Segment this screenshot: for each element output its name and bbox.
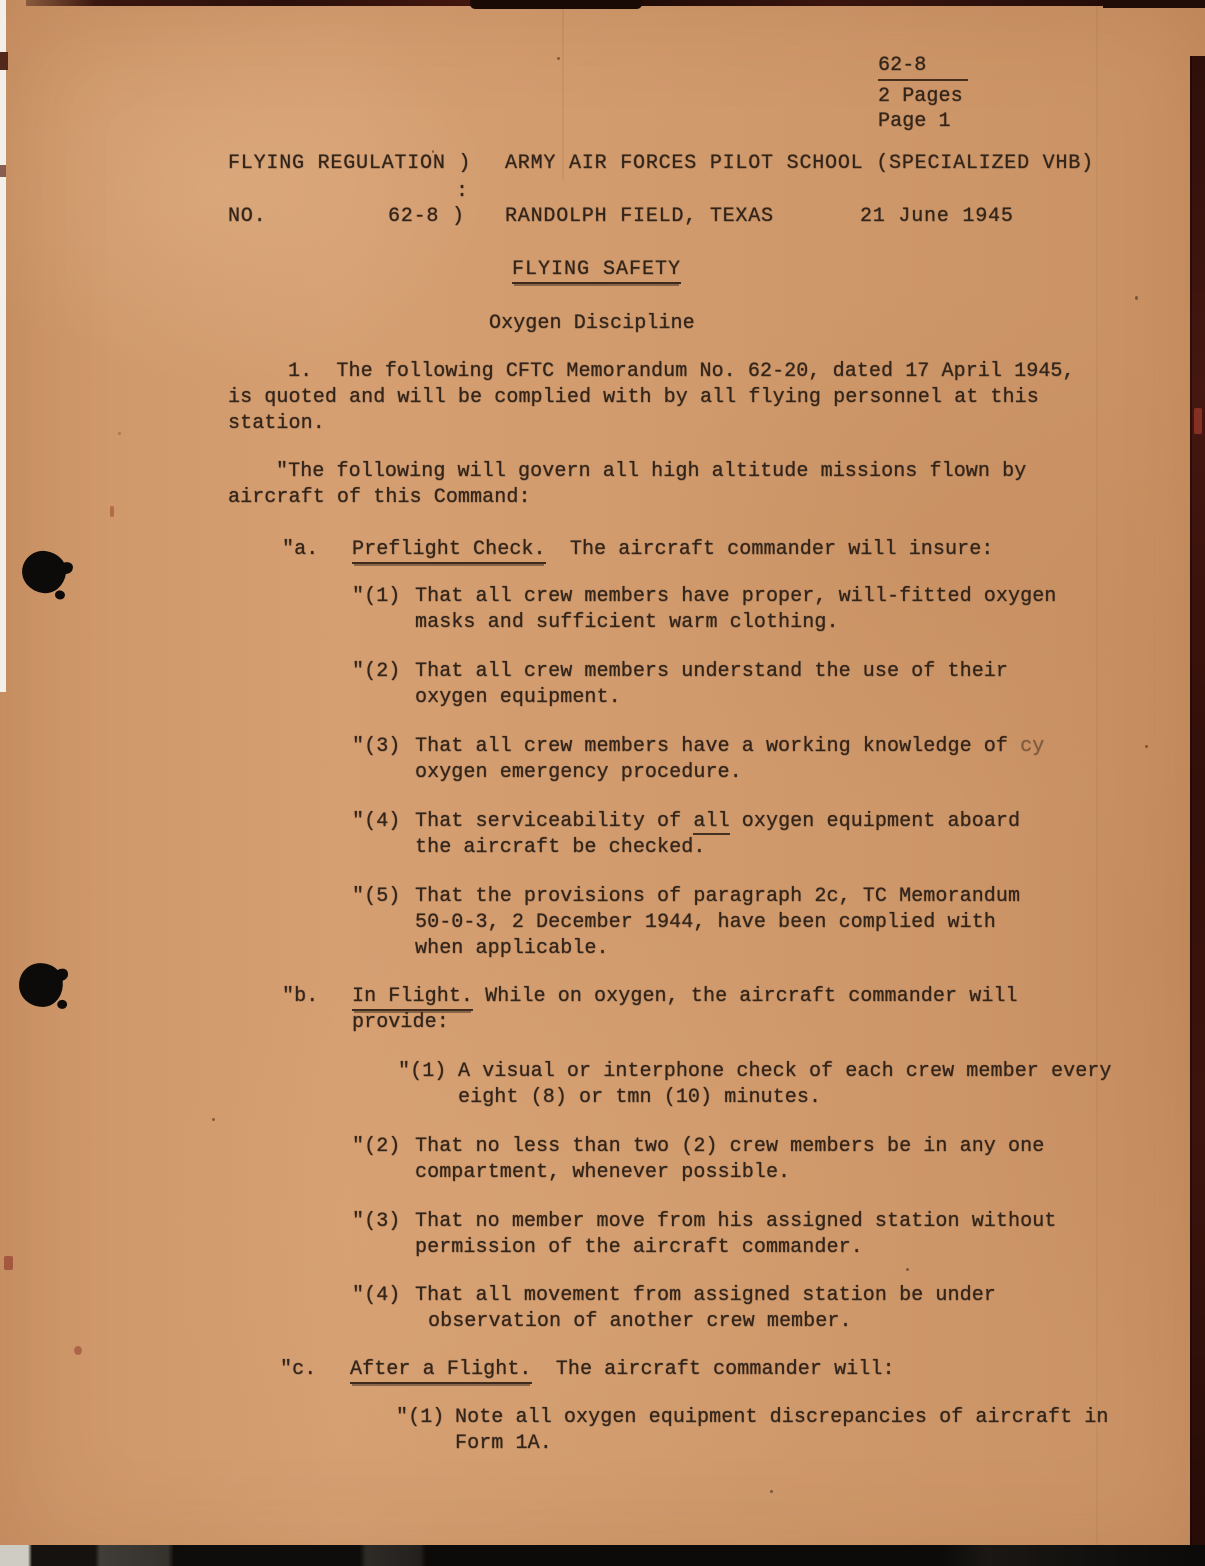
item-c1-line1: Note all oxygen equipment discrepancies … (455, 1406, 1109, 1430)
item-a2-label: "(2) (352, 660, 400, 684)
header-date: 21 June 1945 (860, 205, 1014, 229)
item-b3-line2: permission of the aircraft commander. (415, 1236, 863, 1260)
section-a-heading: Preflight Check. The aircraft commander … (352, 538, 993, 562)
item-b3-label: "(3) (352, 1210, 400, 1234)
paper-speck (1145, 745, 1148, 748)
item-a1-line2: masks and sufficient warm clothing. (415, 611, 839, 635)
corner-page: Page 1 (878, 110, 951, 134)
scan-edge-top-blob (470, 0, 642, 9)
paper-speck (1135, 296, 1138, 300)
item-a4-line2: the aircraft be checked. (415, 836, 705, 860)
section-a-head-text: Preflight Check. (352, 538, 546, 564)
paper-crease (1096, 0, 1098, 1566)
section-b-heading: In Flight. While on oxygen, the aircraft… (352, 985, 1018, 1009)
corner-pages: 2 Pages (878, 85, 963, 109)
paper-speck (118, 432, 121, 435)
item-a3-label: "(3) (352, 735, 400, 759)
item-b3-line1: That no member move from his assigned st… (415, 1210, 1056, 1234)
section-c-rest-text: The aircraft commander will: (532, 1358, 895, 1381)
doc-subtitle: Oxygen Discipline (489, 312, 695, 336)
para2-line2: aircraft of this Command: (228, 486, 531, 510)
header-no-value: 62-8 ) (388, 205, 465, 229)
section-b-label: "b. (282, 985, 318, 1009)
item-a1-label: "(1) (352, 585, 400, 609)
item-a3-line1-faint-text: cy (1008, 735, 1044, 758)
item-a5-line3: when applicable. (415, 937, 609, 961)
item-a4-line1-pre: That serviceability of (415, 810, 693, 833)
paper-speck (212, 1118, 215, 1121)
item-a5-line1: That the provisions of paragraph 2c, TC … (415, 885, 1020, 909)
scan-edge-bottom (0, 1545, 1205, 1566)
section-c-heading: After a Flight. The aircraft commander w… (350, 1358, 895, 1382)
ink-mark (74, 1346, 82, 1355)
ink-mark (4, 1256, 13, 1270)
header-no-label: NO. (228, 205, 266, 229)
para1-line3: station. (228, 412, 325, 436)
item-a4-underlined-word: all (693, 810, 729, 835)
section-c-head-text: After a Flight. (350, 1358, 532, 1384)
section-b-line2: provide: (352, 1011, 449, 1035)
item-a5-line2: 50-0-3, 2 December 1944, have been compl… (415, 911, 996, 935)
doc-number-text: 62-8 (878, 54, 968, 81)
item-b4-line2: observation of another crew member. (428, 1310, 852, 1334)
section-a-rest-text: The aircraft commander will insure: (546, 538, 994, 561)
doc-title-text: FLYING SAFETY (512, 258, 681, 284)
item-a3-line2: oxygen emergency procedure. (415, 761, 742, 785)
item-b2-line1: That no less than two (2) crew members b… (415, 1135, 1044, 1159)
ink-mark (1194, 408, 1202, 434)
item-b4-label: "(4) (352, 1284, 400, 1308)
item-a2-line2: oxygen equipment. (415, 686, 621, 710)
item-a4-line1-post: oxygen equipment aboard (730, 810, 1020, 833)
paper-speck (557, 57, 560, 60)
section-a-label: "a. (282, 538, 318, 562)
paper-speck (770, 1490, 773, 1493)
item-c1-line2: Form 1A. (455, 1432, 552, 1456)
doc-title: FLYING SAFETY (512, 258, 681, 282)
scan-edge-notch (0, 165, 6, 177)
item-b2-label: "(2) (352, 1135, 400, 1159)
ink-mark (110, 506, 114, 517)
header-separator: : (456, 180, 469, 204)
header-school: ARMY AIR FORCES PILOT SCHOOL (SPECIALIZE… (505, 152, 1094, 176)
paper-speck (906, 1268, 909, 1271)
item-a3-line1: That all crew members have a working kno… (415, 735, 1044, 759)
scan-edge-notch (0, 52, 8, 70)
item-b2-line2: compartment, whenever possible. (415, 1161, 790, 1185)
item-a3-line1-text: That all crew members have a working kno… (415, 735, 1008, 758)
item-b1-line1: A visual or interphone check of each cre… (458, 1060, 1112, 1084)
paper-speck (432, 150, 434, 153)
item-b4-line1: That all movement from assigned station … (415, 1284, 996, 1308)
item-a2-line1: That all crew members understand the use… (415, 660, 1008, 684)
corner-doc-number: 62-8 (878, 54, 968, 81)
para1-line1: 1. The following CFTC Memorandum No. 62-… (288, 360, 1075, 384)
item-a5-label: "(5) (352, 885, 400, 909)
item-a1-line1: That all crew members have proper, will-… (415, 585, 1056, 609)
item-a4-label: "(4) (352, 810, 400, 834)
item-b1-line2: eight (8) or tmn (10) minutes. (458, 1086, 821, 1110)
para2-line1: "The following will govern all high alti… (276, 460, 1026, 484)
section-b-rest-text: While on oxygen, the aircraft commander … (473, 985, 1018, 1008)
section-c-label: "c. (280, 1358, 316, 1382)
scan-edge-right (1190, 56, 1205, 1566)
item-a4-line1: That serviceability of all oxygen equipm… (415, 810, 1020, 834)
item-c1-label: "(1) (396, 1406, 444, 1430)
header-regulation: FLYING REGULATION ) (228, 152, 471, 176)
scan-edge-left (0, 0, 6, 692)
header-field: RANDOLPH FIELD, TEXAS (505, 205, 774, 229)
section-b-head-text: In Flight. (352, 985, 473, 1011)
para1-line2: is quoted and will be complied with by a… (228, 386, 1039, 410)
scan-edge-top-blob (1103, 0, 1205, 8)
item-b1-label: "(1) (398, 1060, 446, 1084)
